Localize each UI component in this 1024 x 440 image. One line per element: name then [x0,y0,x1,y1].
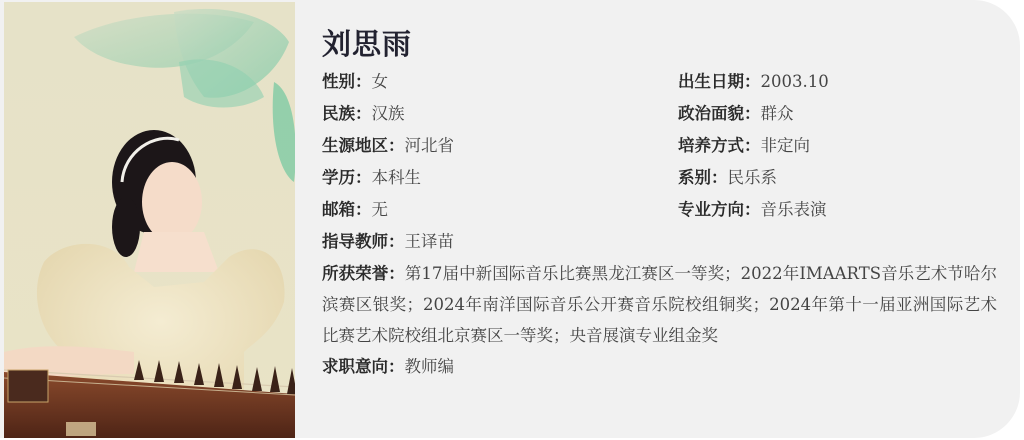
political-status-label: 政治面貌： [678,104,761,123]
political-status-field: 政治面貌：群众 [678,98,794,130]
department-value: 民乐系 [728,168,778,187]
training-mode-field: 培养方式：非定向 [678,130,810,162]
portrait-image [4,2,295,438]
info-row: 性别：女 出生日期：2003.10 [322,66,1002,98]
education-value: 本科生 [372,168,422,187]
birth-date-value: 2003.10 [761,72,829,91]
department-field: 系别：民乐系 [678,162,777,194]
info-row: 邮箱：无 专业方向：音乐表演 [322,194,1002,226]
info-row: 生源地区：河北省 培养方式：非定向 [322,130,1002,162]
ethnicity-field: 民族：汉族 [322,98,405,130]
origin-region-label: 生源地区： [322,136,405,155]
gender-label: 性别： [322,72,372,91]
advisor-label: 指导教师： [322,232,405,251]
ethnicity-label: 民族： [322,104,372,123]
ethnicity-value: 汉族 [372,104,405,123]
profile-photo [4,2,295,438]
info-row: 学历：本科生 系别：民乐系 [322,162,1002,194]
training-mode-value: 非定向 [761,136,811,155]
job-intent-field: 求职意向：教师编 [322,351,1002,383]
job-intent-label: 求职意向： [322,357,405,376]
political-status-value: 群众 [761,104,794,123]
honors-field: 所获荣誉：第17届中新国际音乐比赛黑龙江赛区一等奖；2022年IMAARTS音乐… [322,258,997,351]
advisor-value: 王译苗 [405,232,455,251]
education-label: 学历： [322,168,372,187]
origin-region-value: 河北省 [405,136,455,155]
major-field: 专业方向：音乐表演 [678,194,827,226]
info-row: 民族：汉族 政治面貌：群众 [322,98,1002,130]
training-mode-label: 培养方式： [678,136,761,155]
advisor-field: 指导教师：王译苗 [322,226,1002,258]
major-label: 专业方向： [678,200,761,219]
education-field: 学历：本科生 [322,162,421,194]
student-name: 刘思雨 [322,22,1002,66]
birth-date-label: 出生日期： [678,72,761,91]
origin-region-field: 生源地区：河北省 [322,130,454,162]
profile-info: 刘思雨 性别：女 出生日期：2003.10 民族：汉族 政治面貌：群众 生源地区… [322,22,1002,383]
email-label: 邮箱： [322,200,372,219]
birth-date-field: 出生日期：2003.10 [678,66,829,98]
department-label: 系别： [678,168,728,187]
major-value: 音乐表演 [761,200,827,219]
gender-value: 女 [372,72,389,91]
student-profile-card: 刘思雨 性别：女 出生日期：2003.10 民族：汉族 政治面貌：群众 生源地区… [0,0,1020,438]
job-intent-value: 教师编 [405,357,455,376]
honors-label: 所获荣誉： [322,264,405,283]
honors-value: 第17届中新国际音乐比赛黑龙江赛区一等奖；2022年IMAARTS音乐艺术节哈尔… [322,264,997,345]
email-value: 无 [372,200,389,219]
email-field: 邮箱：无 [322,194,388,226]
gender-field: 性别：女 [322,66,388,98]
